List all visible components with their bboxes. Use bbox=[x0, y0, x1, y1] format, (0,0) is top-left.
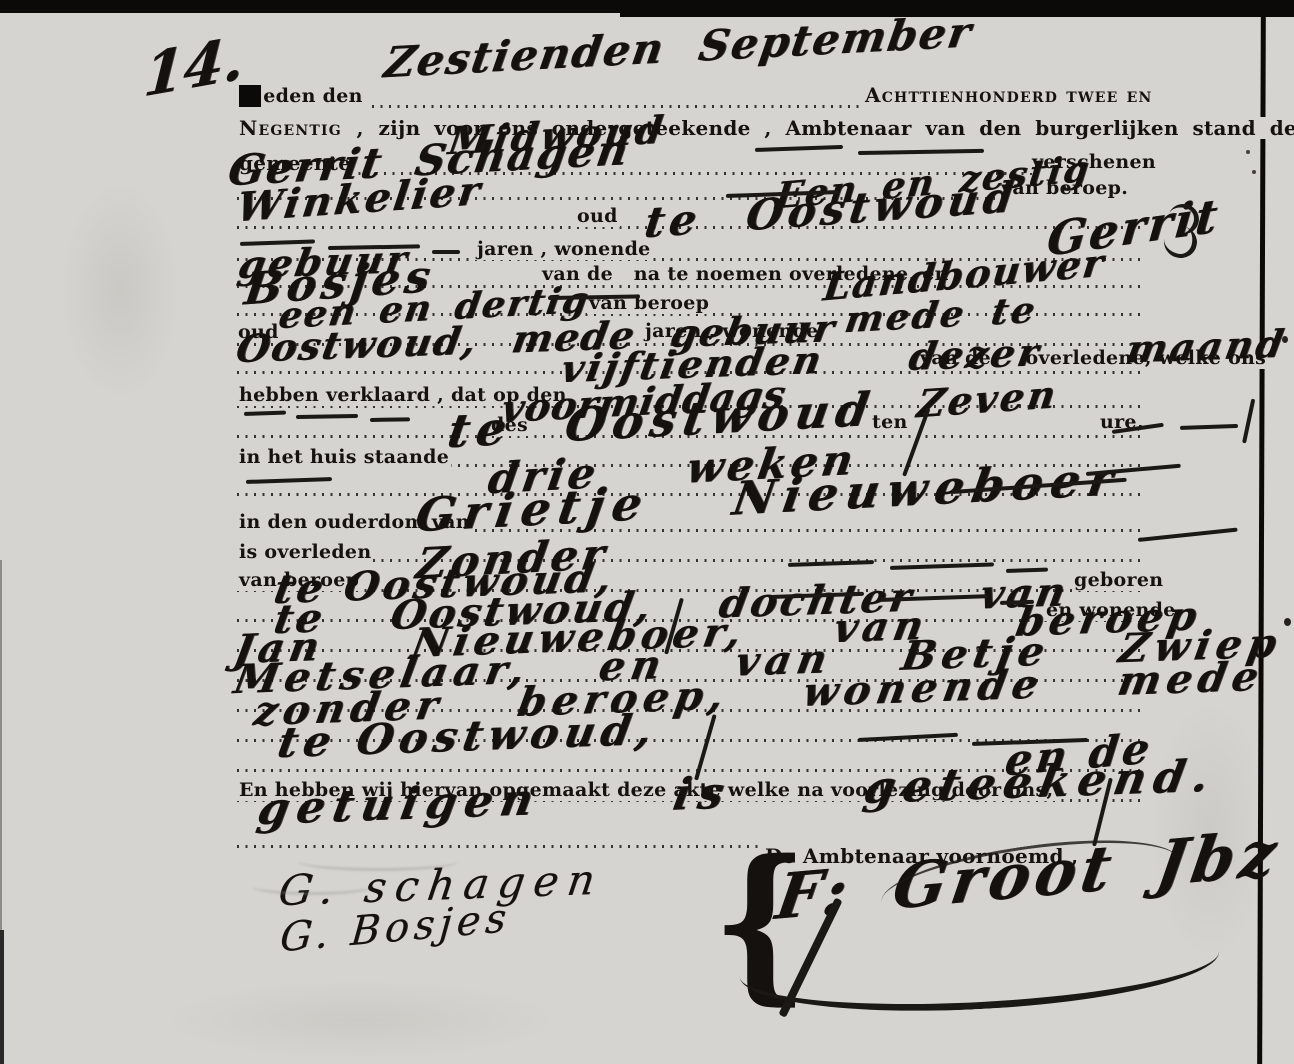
death-certificate-page: Heden den Achttienhonderd twee en Negent… bbox=[0, 0, 1294, 1064]
ink-bleedthrough bbox=[298, 852, 458, 871]
ornate-initial: H bbox=[239, 85, 261, 107]
printed-negentig: Negentig , bbox=[239, 116, 365, 140]
pen-dash bbox=[755, 145, 843, 152]
handwritten-date: Zestienden September bbox=[381, 11, 975, 84]
handwritten-mother-residence: te Oostwoud, bbox=[275, 709, 661, 765]
pen-dash bbox=[1180, 424, 1238, 430]
ink-speck bbox=[1246, 150, 1250, 154]
handwritten-witness1-residence: te Oostwoud bbox=[642, 176, 1021, 245]
scan-left-edge bbox=[0, 930, 4, 1064]
page-margin-line bbox=[1257, 13, 1266, 1064]
printed-jaren-wonende-1: jaren , wonende bbox=[475, 239, 653, 260]
printed-heden-den: Heden den bbox=[237, 86, 365, 107]
pen-dash bbox=[296, 414, 358, 419]
pen-dash bbox=[370, 417, 410, 421]
printed-huis: in het huis staande bbox=[237, 447, 451, 468]
handwritten-act-number: 14. bbox=[142, 28, 246, 105]
pen-dash bbox=[1138, 528, 1238, 542]
pen-dash bbox=[432, 250, 460, 254]
scan-left-edge-faint bbox=[0, 560, 2, 930]
printed-line2: Negentig , zijn voor ons ondergeteekende… bbox=[237, 117, 1294, 139]
dotted-line bbox=[372, 105, 860, 108]
paper-stain bbox=[160, 980, 560, 1060]
printed-oud-1: oud bbox=[575, 206, 620, 227]
pen-dash bbox=[244, 411, 286, 416]
handwritten-closing-insert-2: getuigen is geteekend. bbox=[254, 755, 1220, 833]
pen-dash bbox=[858, 149, 984, 155]
pen-hook bbox=[1242, 399, 1255, 444]
pen-dash bbox=[246, 477, 332, 483]
ink-speck bbox=[1252, 170, 1256, 174]
handwritten-death-hour: Zeven bbox=[915, 375, 1061, 423]
printed-geboren: geboren bbox=[1072, 570, 1165, 591]
printed-heden-den-rest: eden den bbox=[263, 85, 362, 107]
printed-overleden: is overleden bbox=[237, 542, 373, 563]
printed-ten: ten bbox=[870, 412, 910, 433]
printed-year-caps: Achttienhonderd twee en bbox=[863, 84, 1155, 106]
ink-bleedthrough bbox=[252, 878, 372, 895]
pen-dash bbox=[890, 562, 994, 569]
paper-stain bbox=[60, 180, 180, 400]
